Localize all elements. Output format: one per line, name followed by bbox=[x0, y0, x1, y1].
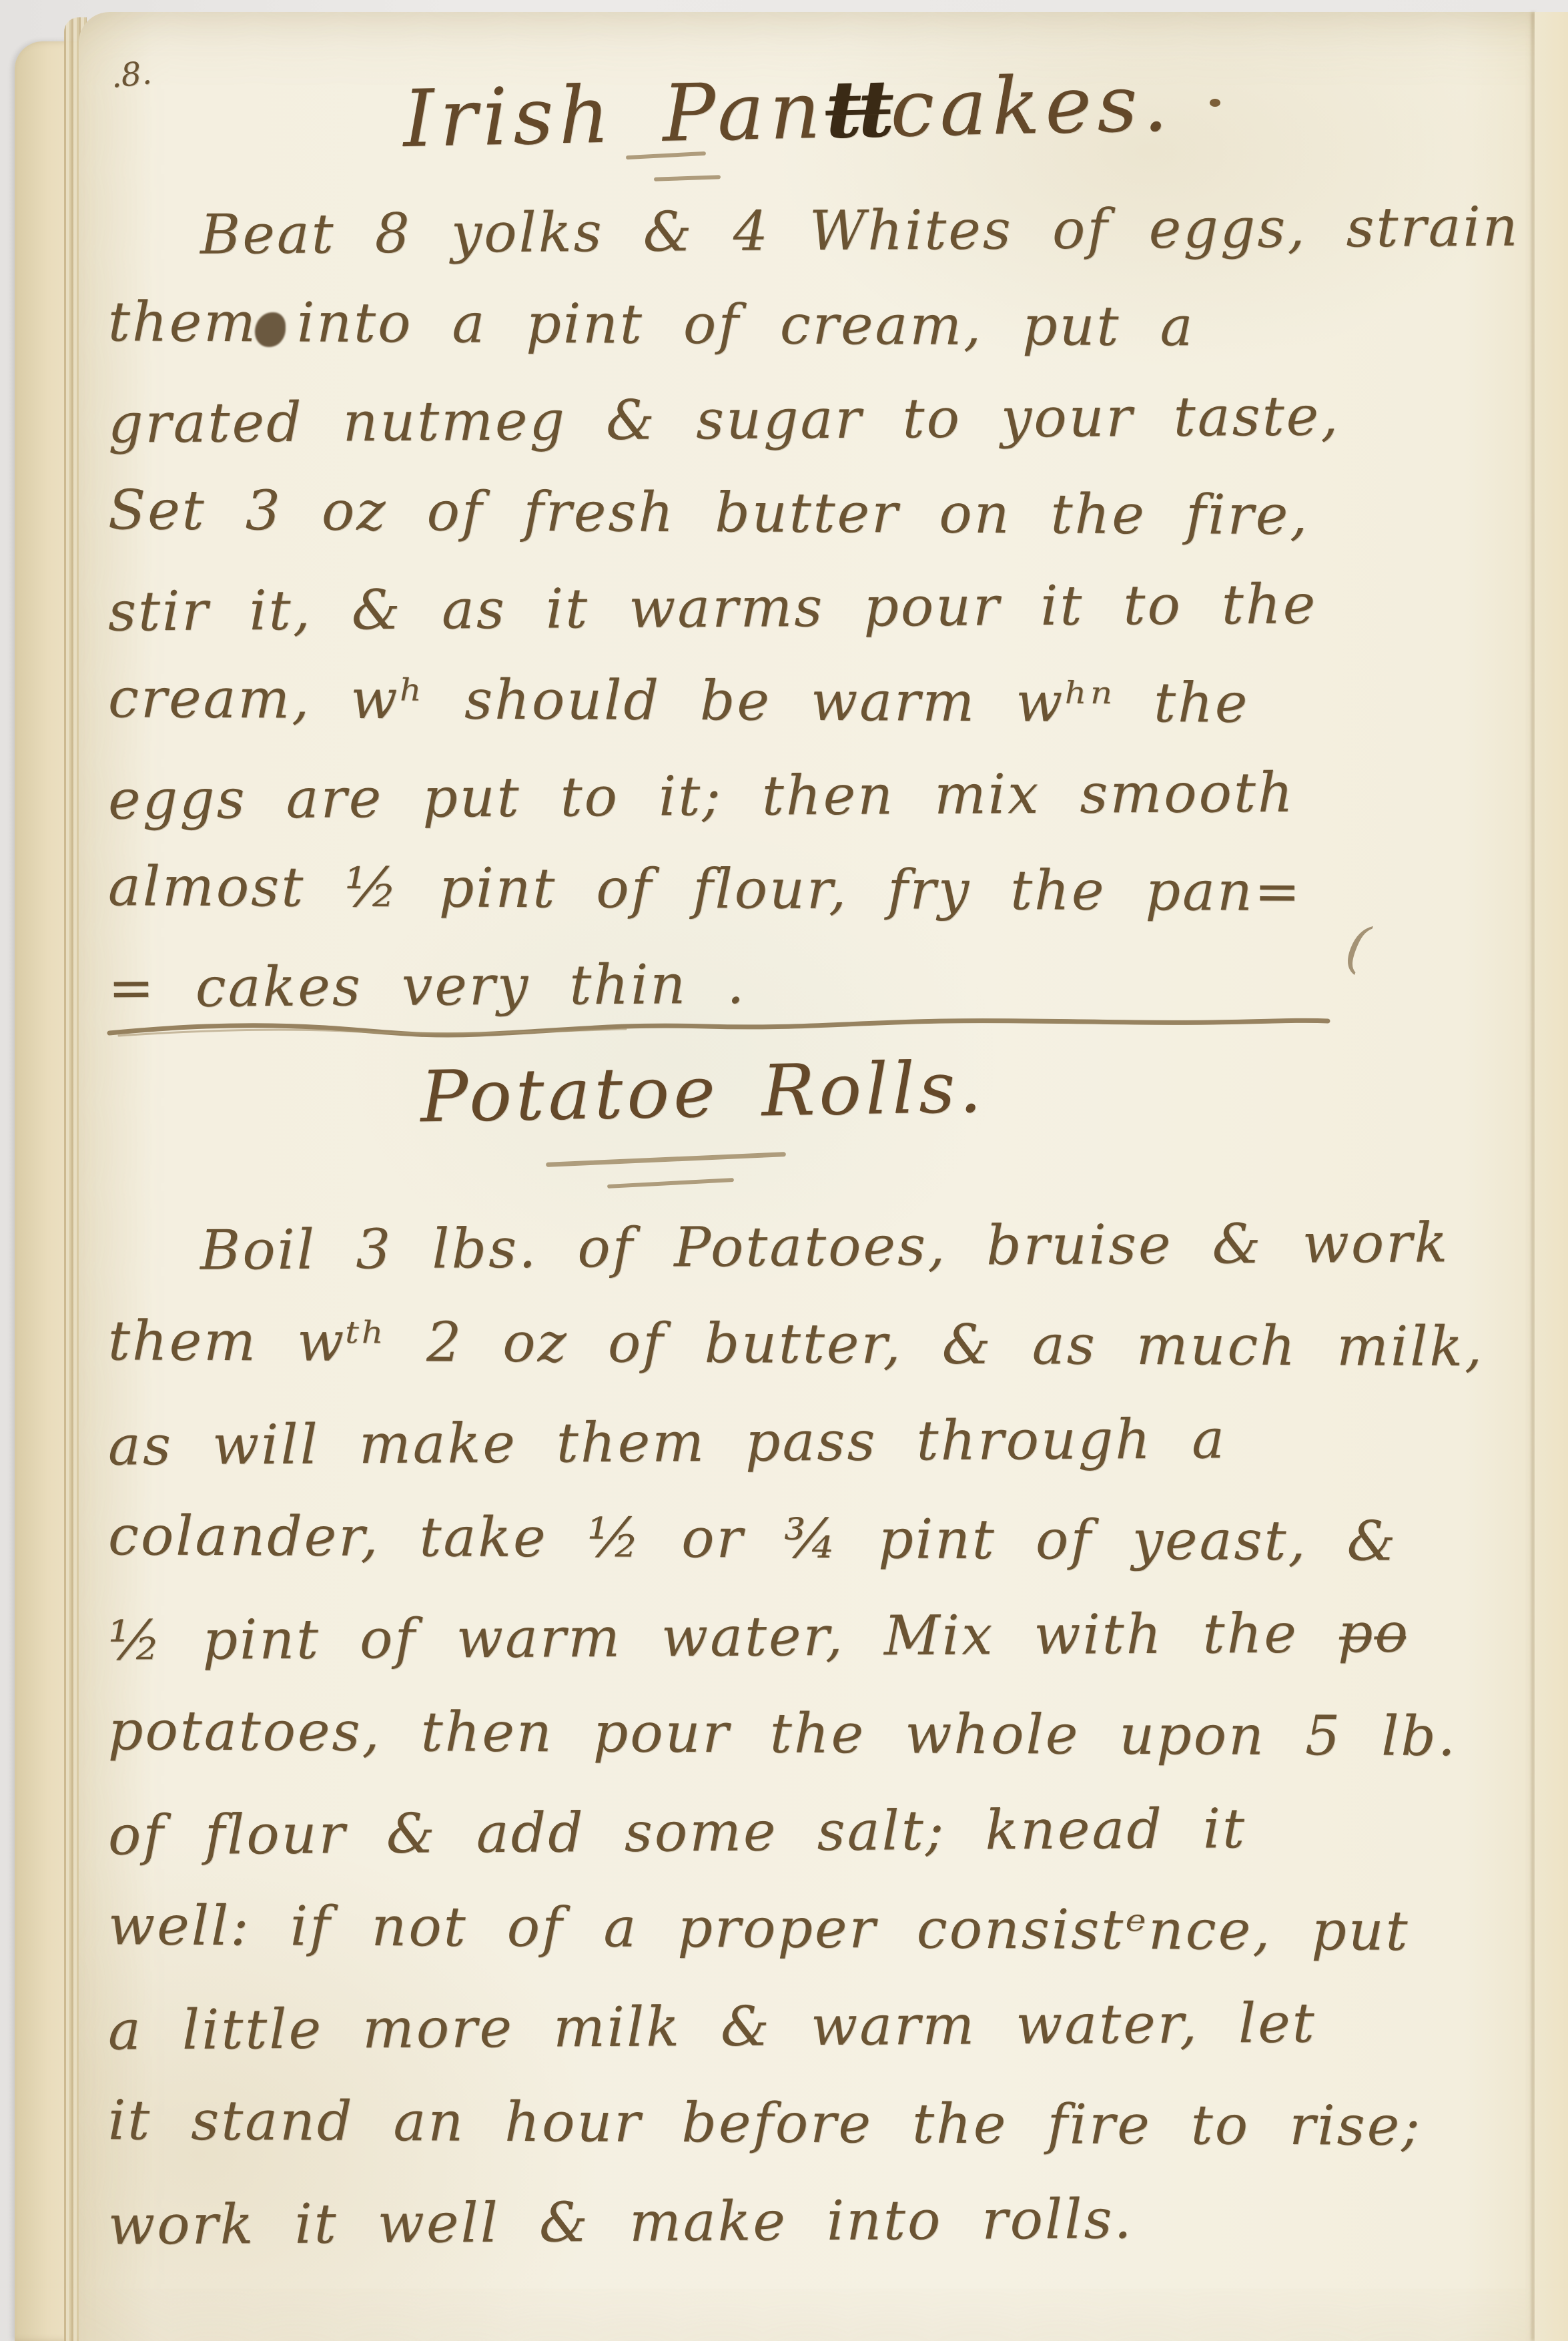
manuscript-line: cream, wʰ should be warm wʰⁿ the bbox=[108, 651, 1550, 751]
recipe-body-potatoe-rolls: Boil 3 lbs. of Potatoes, bruise & work t… bbox=[108, 1199, 1549, 2270]
manuscript-line: ½ pint of warm water, Mix with the p̶o̶ bbox=[108, 1584, 1550, 1690]
manuscript-line: it stand an hour before the fire to rise… bbox=[108, 2072, 1550, 2176]
ink-speck bbox=[1210, 99, 1220, 107]
manuscript-line: them into a pint of cream, put a bbox=[108, 275, 1550, 375]
divider-stroke bbox=[109, 1020, 1328, 1035]
title-text-post: cakes. bbox=[889, 57, 1174, 155]
manuscript-page: .8. Irish Panttcakes. Beat 8 yolks & 4 W… bbox=[79, 12, 1568, 2341]
manuscript-line: stir it, & as it warms pour it to the bbox=[108, 556, 1550, 659]
manuscript-line: a little more milk & warm water, let bbox=[108, 1973, 1550, 2079]
ink-correction-blot: tt bbox=[825, 62, 891, 156]
manuscript-line: almost ½ pint of flour, fry the pan= bbox=[108, 840, 1550, 940]
title-underline-mark bbox=[654, 175, 721, 181]
title-underline-mark bbox=[607, 1178, 734, 1189]
manuscript-line: colander, take ½ or ¾ pint of yeast, & bbox=[108, 1487, 1550, 1591]
recipe-body-irish-pancakes: Beat 8 yolks & 4 Whites of eggs, strain … bbox=[108, 184, 1549, 1031]
manuscript-line: eggs are put to it; then mix smooth bbox=[108, 744, 1550, 847]
manuscript-line: Beat 8 yolks & 4 Whites of eggs, strain bbox=[108, 180, 1550, 282]
manuscript-line: grated nutmeg & sugar to your taste, bbox=[108, 368, 1550, 470]
next-page-edge bbox=[1535, 12, 1568, 2341]
manuscript-line: of flour & add some salt; knead it bbox=[108, 1778, 1550, 1885]
recipe-title-potatoe-rolls: Potatoe Rolls. bbox=[420, 1046, 986, 1138]
manuscript-line: well: if not of a proper consistᵉnce, pu… bbox=[108, 1877, 1550, 1981]
manuscript-line: Set 3 oz of fresh butter on the fire, bbox=[108, 463, 1550, 563]
page-number: .8. bbox=[109, 54, 153, 95]
manuscript-line: work it well & make into rolls. bbox=[108, 2168, 1550, 2274]
title-text-pre: Irish Pan bbox=[402, 64, 827, 165]
manuscript-line: Boil 3 lbs. of Potatoes, bruise & work bbox=[108, 1194, 1550, 1300]
title-underline-mark bbox=[546, 1152, 786, 1167]
manuscript-photo: .8. Irish Panttcakes. Beat 8 yolks & 4 W… bbox=[0, 0, 1568, 2341]
manuscript-line: as will make them pass through a bbox=[108, 1389, 1550, 1495]
manuscript-line: potatoes, then pour the whole upon 5 lb. bbox=[108, 1682, 1550, 1786]
hand-drawn-divider bbox=[105, 1008, 1333, 1048]
recipe-title-irish-pancakes: Irish Panttcakes. bbox=[402, 56, 1174, 165]
manuscript-line: them wᵗʰ 2 oz of butter, & as much milk, bbox=[108, 1293, 1550, 1396]
